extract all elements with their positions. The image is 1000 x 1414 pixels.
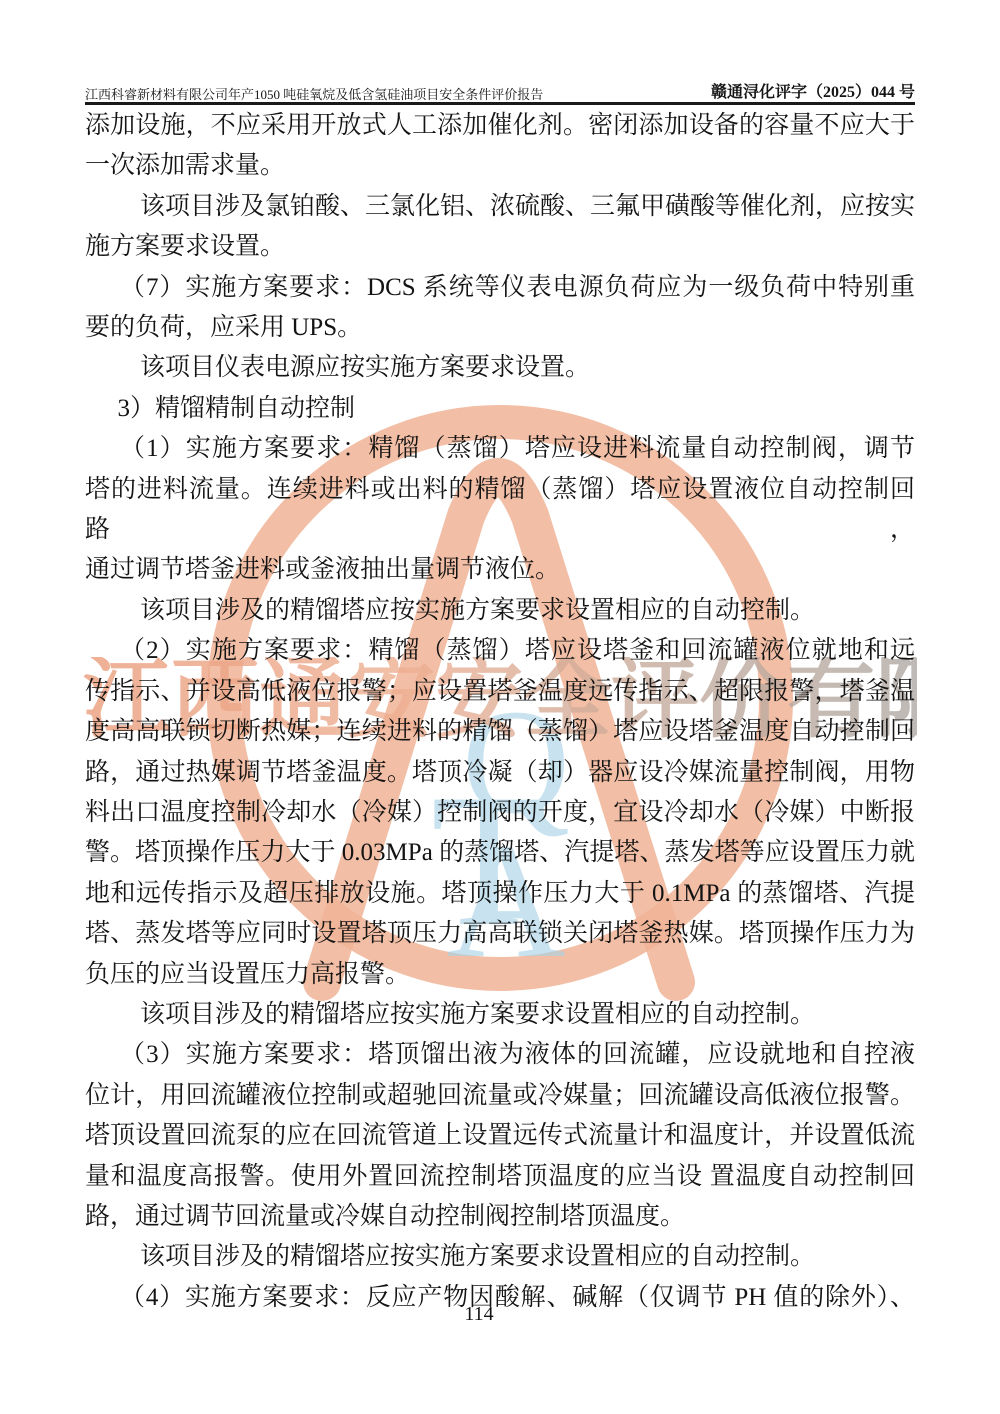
body-line: （7）实施方案要求：DCS 系统等仪表电源负荷应为一级负荷中特别重 [85, 268, 915, 308]
body-line: 该项目涉及的精馏塔应按实施方案要求设置相应的自动控制。 [85, 1237, 915, 1277]
body-line: 量和温度高报警。使用外置回流控制塔顶温度的应当设 置温度自动控制回 [85, 1157, 915, 1197]
body-line: 添加设施，不应采用开放式人工添加催化剂。密闭添加设备的容量不应大于 [85, 106, 915, 146]
body-line: 塔顶设置回流泵的应在回流管道上设置远传式流量计和温度计，并设置低流 [85, 1116, 915, 1156]
body-line: 该项目仪表电源应按实施方案要求设置。 [85, 348, 915, 388]
body-text: 添加设施，不应采用开放式人工添加催化剂。密闭添加设备的容量不应大于一次添加需求量… [85, 106, 915, 1318]
body-line: 3）精馏精制自动控制 [85, 389, 915, 429]
body-line: 塔的进料流量。连续进料或出料的精馏（蒸馏）塔应设置液位自动控制回路， [85, 470, 915, 551]
watermark-character: 公 [963, 657, 1000, 745]
body-line: （2）实施方案要求：精馏（蒸馏）塔应设塔釜和回流罐液位就地和远 [85, 631, 915, 671]
body-line: 路，通过调节回流量或冷媒自动控制阀控制塔顶温度。 [85, 1197, 915, 1237]
body-line: 度高高联锁切断热媒；连续进料的精馏（蒸馏）塔应设塔釜温度自动控制回 [85, 712, 915, 752]
body-line: 地和远传指示及超压排放设施。塔顶操作压力大于 0.1MPa 的蒸馏塔、汽提 [85, 874, 915, 914]
body-line: 该项目涉及的精馏塔应按实施方案要求设置相应的自动控制。 [85, 591, 915, 631]
body-line: 料出口温度控制冷却水（冷媒）控制阀的开度，宜设冷却水（冷媒）中断报 [85, 793, 915, 833]
header-report-title: 江西科睿新材料有限公司年产1050 吨硅氧烷及低含氢硅油项目安全条件评价报告 [85, 84, 543, 103]
body-line: （3）实施方案要求：塔顶馏出液为液体的回流罐，应设就地和自控液 [85, 1035, 915, 1075]
body-line: 施方案要求设置。 [85, 227, 915, 267]
header-rule [85, 102, 915, 105]
body-lines: 添加设施，不应采用开放式人工添加催化剂。密闭添加设备的容量不应大于一次添加需求量… [85, 106, 915, 1318]
header-doc-number: 赣通浔化评字（2025）044 号 [711, 79, 915, 102]
body-line: 通过调节塔釜进料或釜液抽出量调节液位。 [85, 550, 915, 590]
body-line: 一次添加需求量。 [85, 146, 915, 186]
body-line: 该项目涉及氯铂酸、三氯化铝、浓硫酸、三氟甲磺酸等催化剂，应按实 [85, 187, 915, 227]
body-line: 位计，用回流罐液位控制或超驰回流量或冷媒量；回流罐设高低液位报警。 [85, 1076, 915, 1116]
body-line: 负压的应当设置压力高报警。 [85, 955, 915, 995]
body-line: 该项目涉及的精馏塔应按实施方案要求设置相应的自动控制。 [85, 995, 915, 1035]
body-line: 传指示、并设高低液位报警；应设置塔釜温度远传指示、超限报警，塔釜温 [85, 672, 915, 712]
document-page: Q T A 江西通安安全评价有限公司 江西科睿新材料有限公司年产1050 吨硅氧… [0, 0, 1000, 1414]
body-line: （1）实施方案要求：精馏（蒸馏）塔应设进料流量自动控制阀，调节 [85, 429, 915, 469]
body-line: 警。塔顶操作压力大于 0.03MPa 的蒸馏塔、汽提塔、蒸发塔等应设置压力就 [85, 833, 915, 873]
body-line: 路，通过热媒调节塔釜温度。塔顶冷凝（却）器应设冷媒流量控制阀，用物 [85, 753, 915, 793]
page-number: 114 [0, 1303, 958, 1326]
body-line: 塔、蒸发塔等应同时设置塔顶压力高高联锁关闭塔釜热媒。塔顶操作压力为 [85, 914, 915, 954]
body-line: 要的负荷，应采用 UPS。 [85, 308, 915, 348]
